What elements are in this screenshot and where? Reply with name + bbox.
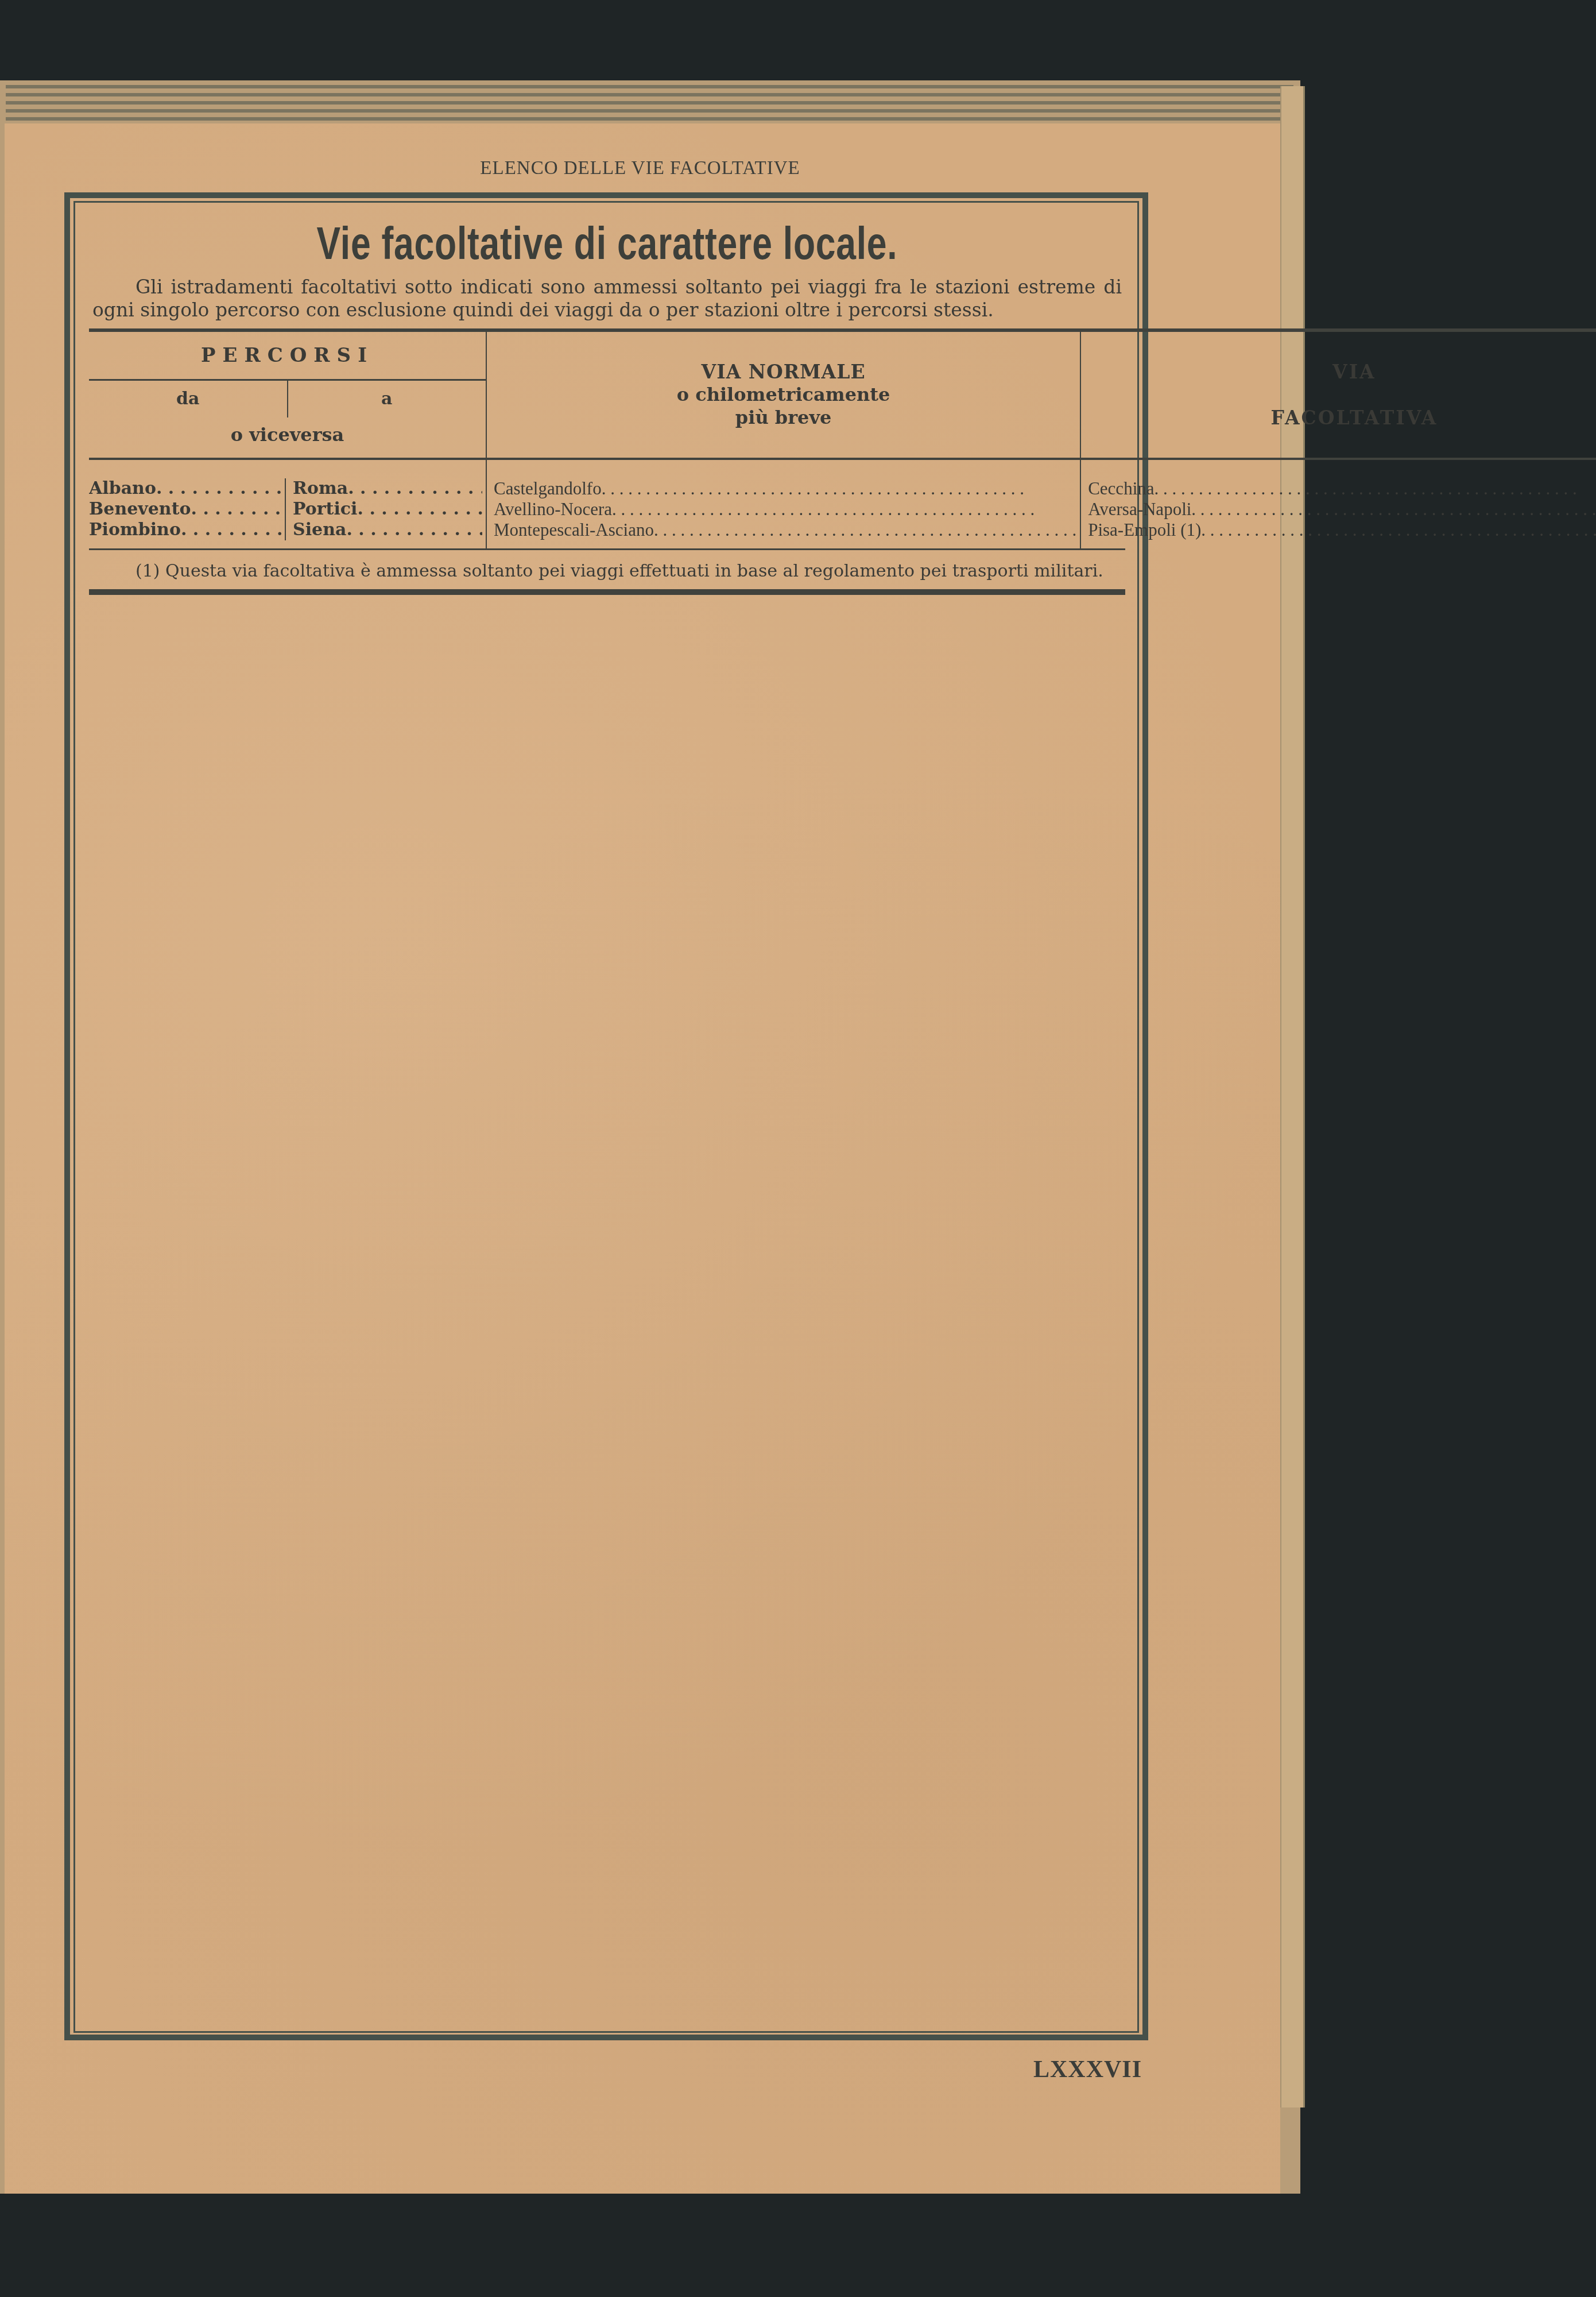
header-via-normale-title: VIA NORMALE (487, 361, 1080, 383)
table-bottom-rule (89, 548, 1125, 550)
page-edge-stripe (6, 117, 1293, 121)
cell-a: Siena (286, 520, 486, 540)
header-via-normale-sub1: o chilometricamente (487, 383, 1080, 406)
cell-via-facoltativa: Pisa-Empoli (1) (1080, 520, 1596, 548)
cell-da: Piombino (89, 520, 286, 540)
dot-leader (156, 478, 281, 499)
header-via-normale: VIA NORMALE o chilometricamente più brev… (486, 330, 1080, 459)
content: Vie facoltative di carattere locale. Gli… (89, 207, 1125, 595)
header-via-facoltativa: VIA FACOLTATIVA (1080, 330, 1596, 459)
page-edge-stripe (6, 85, 1293, 88)
dot-leader (348, 478, 482, 499)
header-via-facoltativa-2: FACOLTATIVA (1081, 395, 1596, 441)
cell-a-text: Siena (293, 520, 346, 540)
cell-da: Albano (89, 478, 286, 499)
page-title: Vie facoltative di carattere locale. (203, 217, 1012, 270)
header-a: a (288, 381, 486, 417)
dot-leader (1201, 520, 1596, 540)
table-header-row: PERCORSI da a o viceversa VIA NORMALE o … (89, 330, 1596, 459)
routes-table: PERCORSI da a o viceversa VIA NORMALE o … (89, 328, 1596, 548)
dot-leader (346, 520, 482, 540)
dot-leader (1155, 478, 1596, 499)
cell-da-text: Piombino (89, 520, 181, 540)
cell-via-facoltativa-text: Aversa-Napoli (1088, 499, 1191, 520)
table-row: Benevento Portici Avellino-Nocera Aversa… (89, 499, 1596, 520)
page-number: LXXXVII (1033, 2056, 1142, 2083)
dot-leader (358, 499, 483, 520)
header-percorsi-title: PERCORSI (89, 332, 486, 381)
table-row: Piombino Siena Montepescali-Asciano Pisa… (89, 520, 1596, 548)
cell-da: Benevento (89, 499, 286, 520)
cell-via-normale-text: Avellino-Nocera (494, 499, 612, 520)
header-via-facoltativa-1: VIA (1081, 349, 1596, 395)
row-percorso: Benevento Portici (89, 499, 486, 520)
dot-leader (654, 520, 1076, 540)
cell-via-normale: Castelgandolfo (486, 459, 1080, 499)
header-da: da (89, 381, 288, 417)
cell-via-normale: Avellino-Nocera (486, 499, 1080, 520)
table-row: Albano Roma Castelgandolfo Cecchina 5 (89, 459, 1596, 499)
row-percorso: Albano Roma (89, 459, 486, 499)
header-percorsi: PERCORSI da a o viceversa (89, 330, 486, 459)
cell-da-text: Albano (89, 478, 156, 499)
cell-a: Portici (286, 499, 486, 520)
cell-a: Roma (286, 478, 486, 499)
header-viceversa: o viceversa (89, 417, 486, 458)
page-edge-stripe (6, 93, 1293, 96)
cell-a-text: Portici (293, 499, 358, 520)
header-da-a: da a (89, 381, 486, 417)
dot-leader (1191, 499, 1596, 520)
dot-leader (602, 478, 1076, 499)
cell-a-text: Roma (293, 478, 348, 499)
cell-via-facoltativa-text: Cecchina (1088, 478, 1154, 499)
section-end-rule (89, 589, 1125, 595)
cell-via-facoltativa: Aversa-Napoli (1080, 499, 1596, 520)
dot-leader (612, 499, 1076, 520)
cell-via-normale-text: Castelgandolfo (494, 478, 602, 499)
row-percorso: Piombino Siena (89, 520, 486, 548)
page-edge-stripe (6, 101, 1293, 105)
footnote: (1) Questa via facoltativa è ammessa sol… (92, 560, 1122, 582)
page-edge-stripe (6, 109, 1293, 113)
cell-via-normale: Montepescali-Asciano (486, 520, 1080, 548)
intro-paragraph: Gli istradamenti facoltativi sotto indic… (92, 276, 1122, 322)
running-head: ELENCO DELLE VIE FACOLTATIVE (0, 158, 1280, 179)
cell-via-facoltativa: Cecchina (1080, 459, 1596, 499)
dot-leader (191, 499, 281, 520)
cell-da-text: Benevento (89, 499, 191, 520)
cell-via-facoltativa-text: Pisa-Empoli (1) (1088, 520, 1201, 540)
dot-leader (181, 520, 281, 540)
header-via-normale-sub2: più breve (487, 406, 1080, 429)
cell-via-normale-text: Montepescali-Asciano (494, 520, 654, 540)
